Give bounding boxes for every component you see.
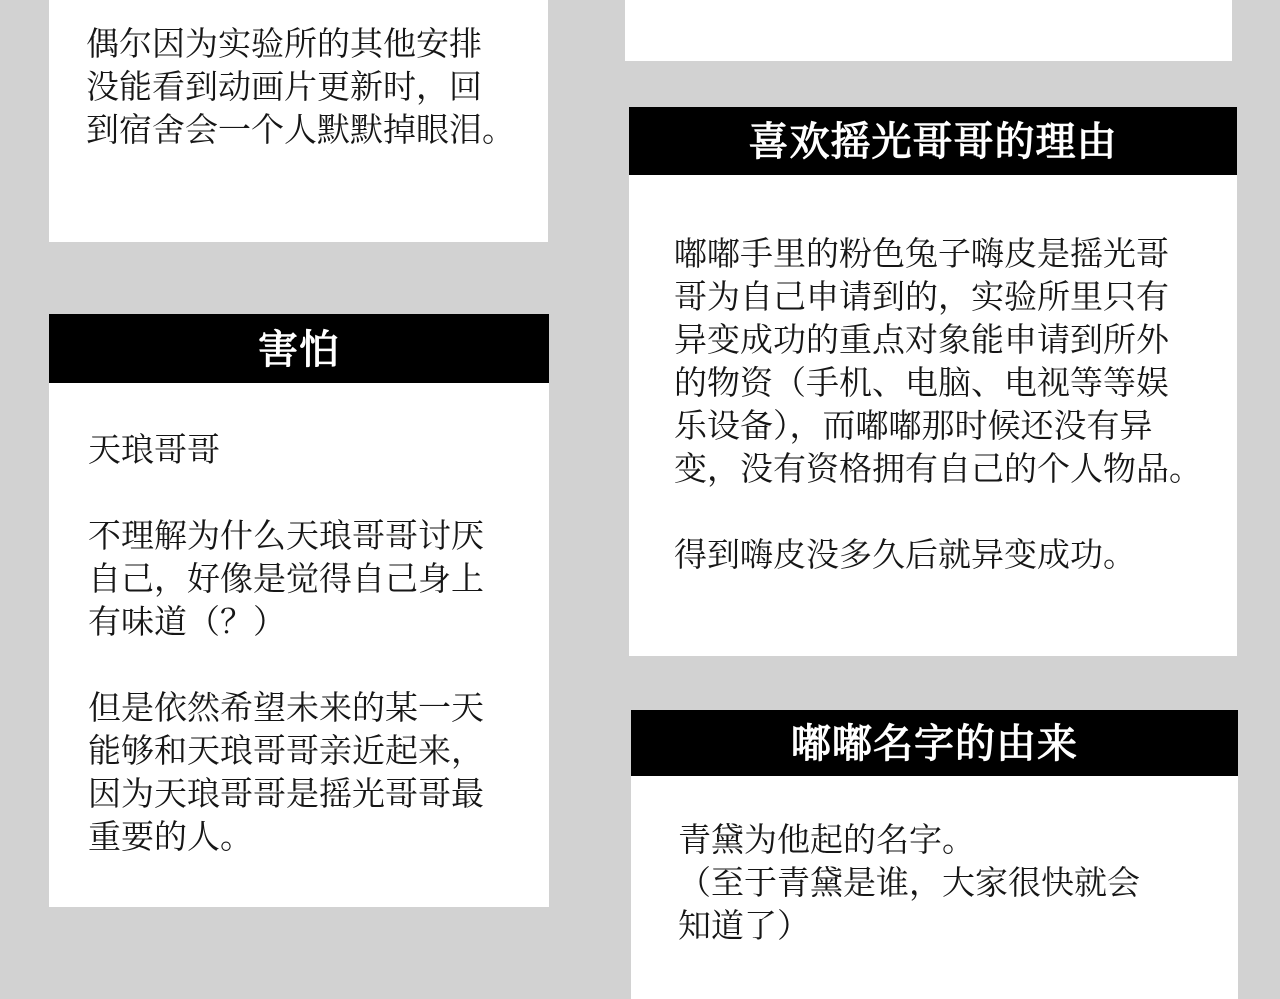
reason-card-body: 嘟嘟手里的粉色兔子嗨皮是摇光哥 哥为自己申请到的，实验所里只有 异变成功的重点对… (629, 175, 1237, 656)
name-origin-card-title: 嘟嘟名字的由来 (791, 722, 1078, 764)
reason-card-title-bar: 喜欢摇光哥哥的理由 (629, 107, 1237, 175)
memory-card: 偶尔因为实验所的其他安排 没能看到动画片更新时，回 到宿舍会一个人默默掉眼泪。 (49, 0, 548, 242)
reason-card-text: 嘟嘟手里的粉色兔子嗨皮是摇光哥 哥为自己申请到的，实验所里只有 异变成功的重点对… (674, 232, 1215, 576)
fear-card-title: 害怕 (258, 328, 340, 370)
fear-card-body: 天琅哥哥 不理解为什么天琅哥哥讨厌 自己，好像是觉得自己身上 有味道（？） 但是… (49, 383, 549, 907)
fear-card-title-bar: 害怕 (49, 314, 549, 383)
memory-card-text: 偶尔因为实验所的其他安排 没能看到动画片更新时，回 到宿舍会一个人默默掉眼泪。 (86, 22, 522, 151)
name-origin-card-text: 青黛为他起的名字。 （至于青黛是谁，大家很快就会 知道了） (678, 818, 1216, 947)
name-origin-card-body: 青黛为他起的名字。 （至于青黛是谁，大家很快就会 知道了） (631, 776, 1238, 999)
partial-card-top (625, 0, 1232, 61)
name-origin-card-title-bar: 嘟嘟名字的由来 (631, 710, 1238, 776)
reason-card-title: 喜欢摇光哥哥的理由 (749, 120, 1118, 162)
fear-card-text: 天琅哥哥 不理解为什么天琅哥哥讨厌 自己，好像是觉得自己身上 有味道（？） 但是… (88, 428, 525, 858)
